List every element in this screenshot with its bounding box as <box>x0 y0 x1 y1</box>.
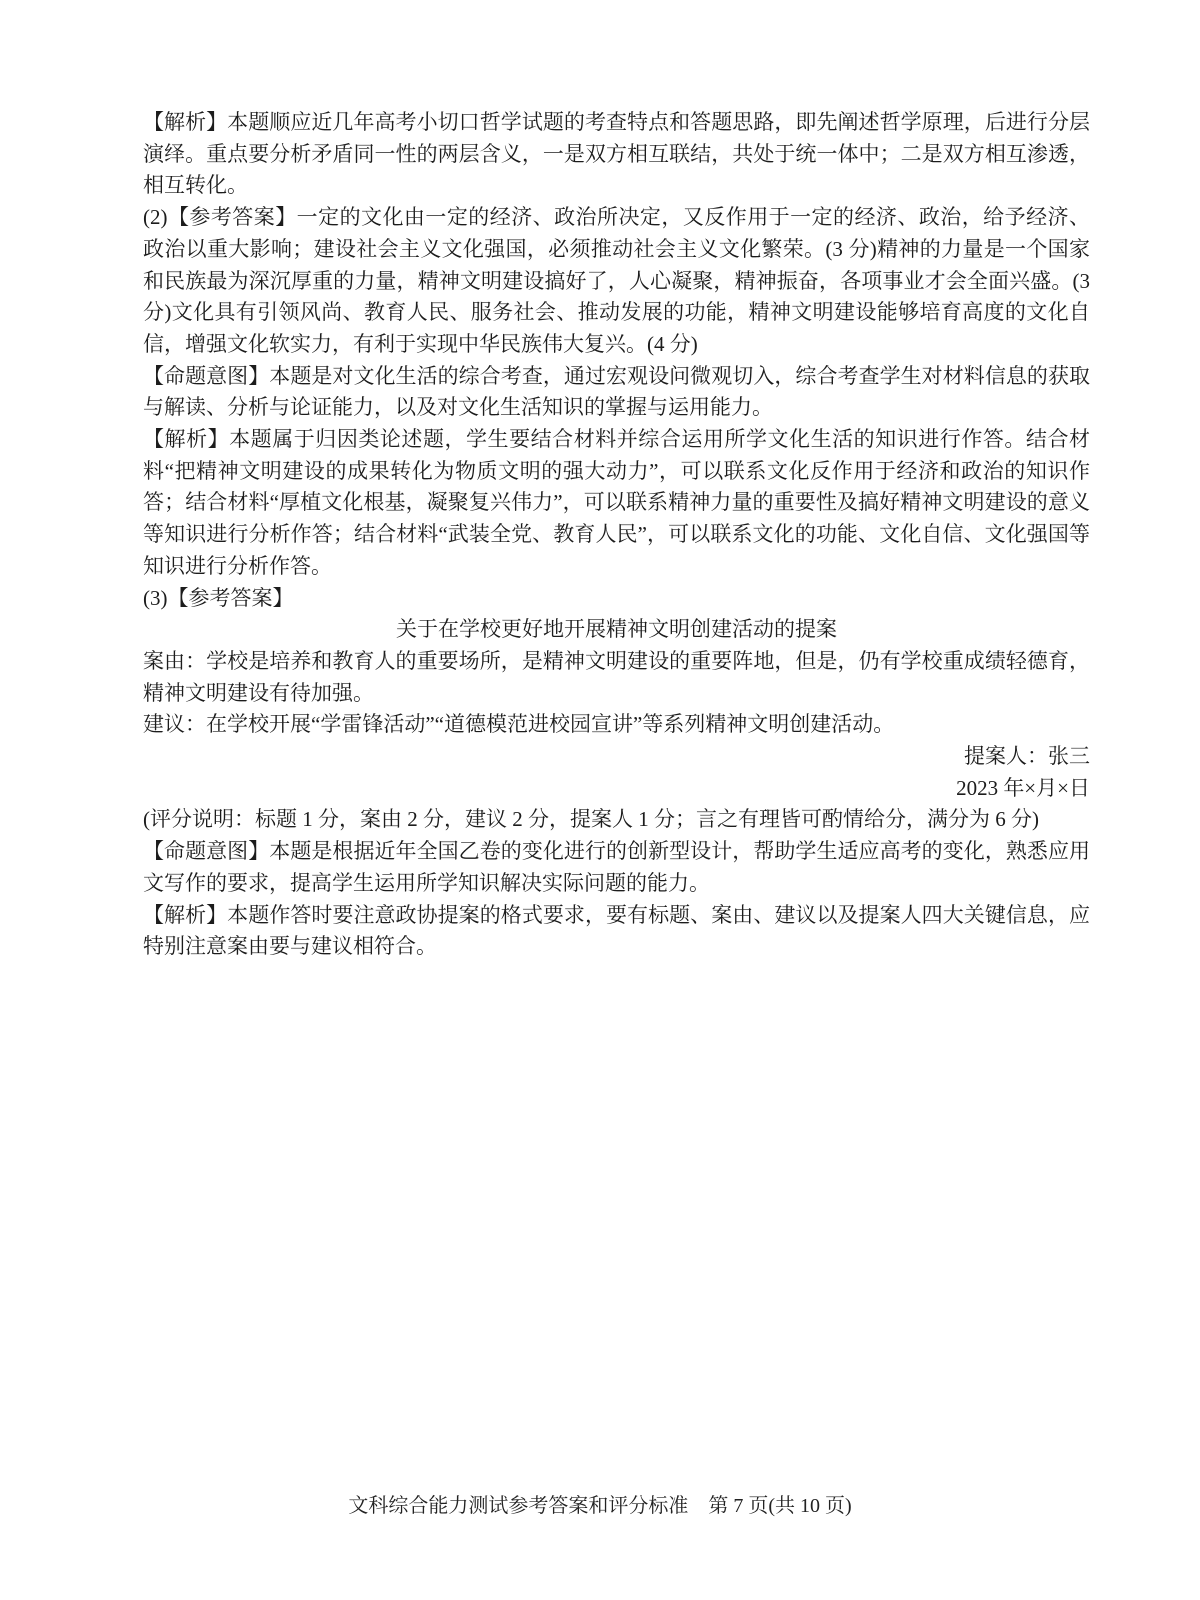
question-intent-paragraph-1: 【命题意图】本题是对文化生活的综合考查，通过宏观设问微观切入，综合考查学生对材料… <box>143 361 1090 424</box>
reference-answer-q2-2: (2)【参考答案】一定的文化由一定的经济、政治所决定，又反作用于一定的经济、政治… <box>143 202 1090 361</box>
proposal-reason: 案由：学校是培养和教育人的重要场所，是精神文明建设的重要阵地，但是，仍有学校重成… <box>143 646 1090 709</box>
proposal-signature: 提案人：张三 <box>143 741 1090 773</box>
proposal-suggestion: 建议：在学校开展“学雷锋活动”“道德模范进校园宣讲”等系列精神文明创建活动。 <box>143 709 1090 741</box>
proposal-title: 关于在学校更好地开展精神文明创建活动的提案 <box>143 614 1090 646</box>
analysis-paragraph-q2-2: 【解析】本题属于归因类论述题，学生要结合材料并综合运用所学文化生活的知识进行作答… <box>143 424 1090 583</box>
analysis-paragraph-q2-3: 【解析】本题作答时要注意政协提案的格式要求，要有标题、案由、建议以及提案人四大关… <box>143 900 1090 963</box>
page-footer-text: 文科综合能力测试参考答案和评分标准 第 7 页(共 10 页) <box>348 1495 851 1517</box>
proposal-date: 2023 年×月×日 <box>143 773 1090 805</box>
page-footer: 文科综合能力测试参考答案和评分标准 第 7 页(共 10 页) <box>0 1492 1200 1520</box>
exam-answer-page: 【解析】本题顺应近几年高考小切口哲学试题的考查特点和答题思路，即先阐述哲学原理，… <box>0 0 1200 1600</box>
scoring-note: (评分说明：标题 1 分，案由 2 分，建议 2 分，提案人 1 分；言之有理皆… <box>143 804 1090 836</box>
question-intent-paragraph-2: 【命题意图】本题是根据近年全国乙卷的变化进行的创新型设计，帮助学生适应高考的变化… <box>143 836 1090 899</box>
analysis-paragraph-q2-1: 【解析】本题顺应近几年高考小切口哲学试题的考查特点和答题思路，即先阐述哲学原理，… <box>143 107 1090 202</box>
document-body: 【解析】本题顺应近几年高考小切口哲学试题的考查特点和答题思路，即先阐述哲学原理，… <box>143 107 1090 963</box>
reference-answer-q2-3-label: (3)【参考答案】 <box>143 583 1090 615</box>
